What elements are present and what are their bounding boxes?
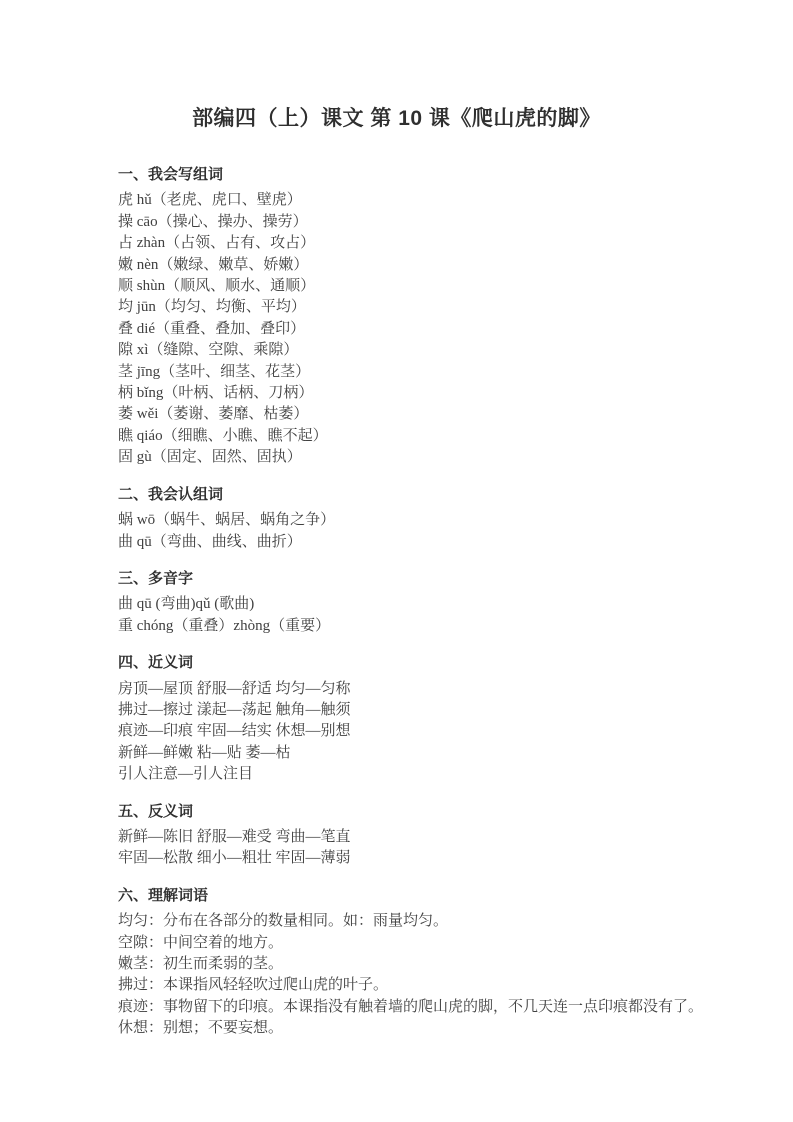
section-recognize-words: 二、我会认组词 蜗 wō（蜗牛、蜗居、蜗角之争） 曲 qū（弯曲、曲线、曲折） [118,484,733,553]
word-line: 新鲜—鲜嫩 粘—贴 萎—枯 [118,743,733,764]
word-line: 瞧 qiáo（细瞧、小瞧、瞧不起） [118,426,733,447]
section-heading: 四、近义词 [118,652,733,673]
definition-line: 均匀：分布在各部分的数量相同。如：雨量均匀。 [118,911,733,932]
word-line: 蜗 wō（蜗牛、蜗居、蜗角之争） [118,510,733,531]
definition-line: 嫩茎：初生而柔弱的茎。 [118,954,733,975]
word-line: 萎 wěi（萎谢、萎靡、枯萎） [118,404,733,425]
word-line: 均 jūn（均匀、均衡、平均） [118,297,733,318]
word-line: 隙 xì（缝隙、空隙、乘隙） [118,340,733,361]
word-line: 曲 qū（弯曲、曲线、曲折） [118,532,733,553]
section-heading: 六、理解词语 [118,885,733,906]
word-line: 曲 qū (弯曲)qǔ (歌曲) [118,594,733,615]
section-heading: 五、反义词 [118,801,733,822]
word-line: 拂过—擦过 漾起—荡起 触角—触须 [118,700,733,721]
definition-line: 休想：别想；不要妄想。 [118,1018,733,1039]
word-line: 痕迹—印痕 牢固—结实 休想—别想 [118,721,733,742]
word-line: 操 cāo（操心、操办、操劳） [118,212,733,233]
section-heading: 三、多音字 [118,568,733,589]
word-line: 柄 bǐng（叶柄、话柄、刀柄） [118,383,733,404]
word-line: 重 chóng（重叠）zhòng（重要） [118,616,733,637]
word-line: 叠 dié（重叠、叠加、叠印） [118,319,733,340]
word-line: 茎 jīng（茎叶、细茎、花茎） [118,362,733,383]
document-title: 部编四（上）课文 第 10 课《爬山虎的脚》 [0,106,793,132]
word-line: 牢固—松散 细小—粗壮 牢固—薄弱 [118,848,733,869]
word-line: 嫩 nèn（嫩绿、嫩草、娇嫩） [118,255,733,276]
section-heading: 一、我会写组词 [118,164,733,185]
word-line: 引人注意—引人注目 [118,764,733,785]
word-line: 占 zhàn（占领、占有、攻占） [118,233,733,254]
section-write-words: 一、我会写组词 虎 hǔ（老虎、虎口、壁虎） 操 cāo（操心、操办、操劳） 占… [118,164,733,469]
definition-line: 空隙：中间空着的地方。 [118,933,733,954]
section-polyphones: 三、多音字 曲 qū (弯曲)qǔ (歌曲) 重 chóng（重叠）zhòng（… [118,568,733,637]
section-antonyms: 五、反义词 新鲜—陈旧 舒服—难受 弯曲—笔直 牢固—松散 细小—粗壮 牢固—薄… [118,801,733,870]
document-body: 一、我会写组词 虎 hǔ（老虎、虎口、壁虎） 操 cāo（操心、操办、操劳） 占… [118,164,733,1040]
section-heading: 二、我会认组词 [118,484,733,505]
word-line: 固 gù（固定、固然、固执） [118,447,733,468]
word-line: 虎 hǔ（老虎、虎口、壁虎） [118,190,733,211]
section-word-meanings: 六、理解词语 均匀：分布在各部分的数量相同。如：雨量均匀。 空隙：中间空着的地方… [118,885,733,1040]
definition-line: 痕迹：事物留下的印痕。本课指没有触着墙的爬山虎的脚，不几天连一点印痕都没有了。 [118,997,733,1018]
section-synonyms: 四、近义词 房顶—屋顶 舒服—舒适 均匀—匀称 拂过—擦过 漾起—荡起 触角—触… [118,652,733,785]
word-line: 顺 shùn（顺风、顺水、通顺） [118,276,733,297]
word-line: 房顶—屋顶 舒服—舒适 均匀—匀称 [118,679,733,700]
word-line: 新鲜—陈旧 舒服—难受 弯曲—笔直 [118,827,733,848]
document-page: 部编四（上）课文 第 10 课《爬山虎的脚》 一、我会写组词 虎 hǔ（老虎、虎… [0,0,793,1122]
definition-line: 拂过：本课指风轻轻吹过爬山虎的叶子。 [118,975,733,996]
